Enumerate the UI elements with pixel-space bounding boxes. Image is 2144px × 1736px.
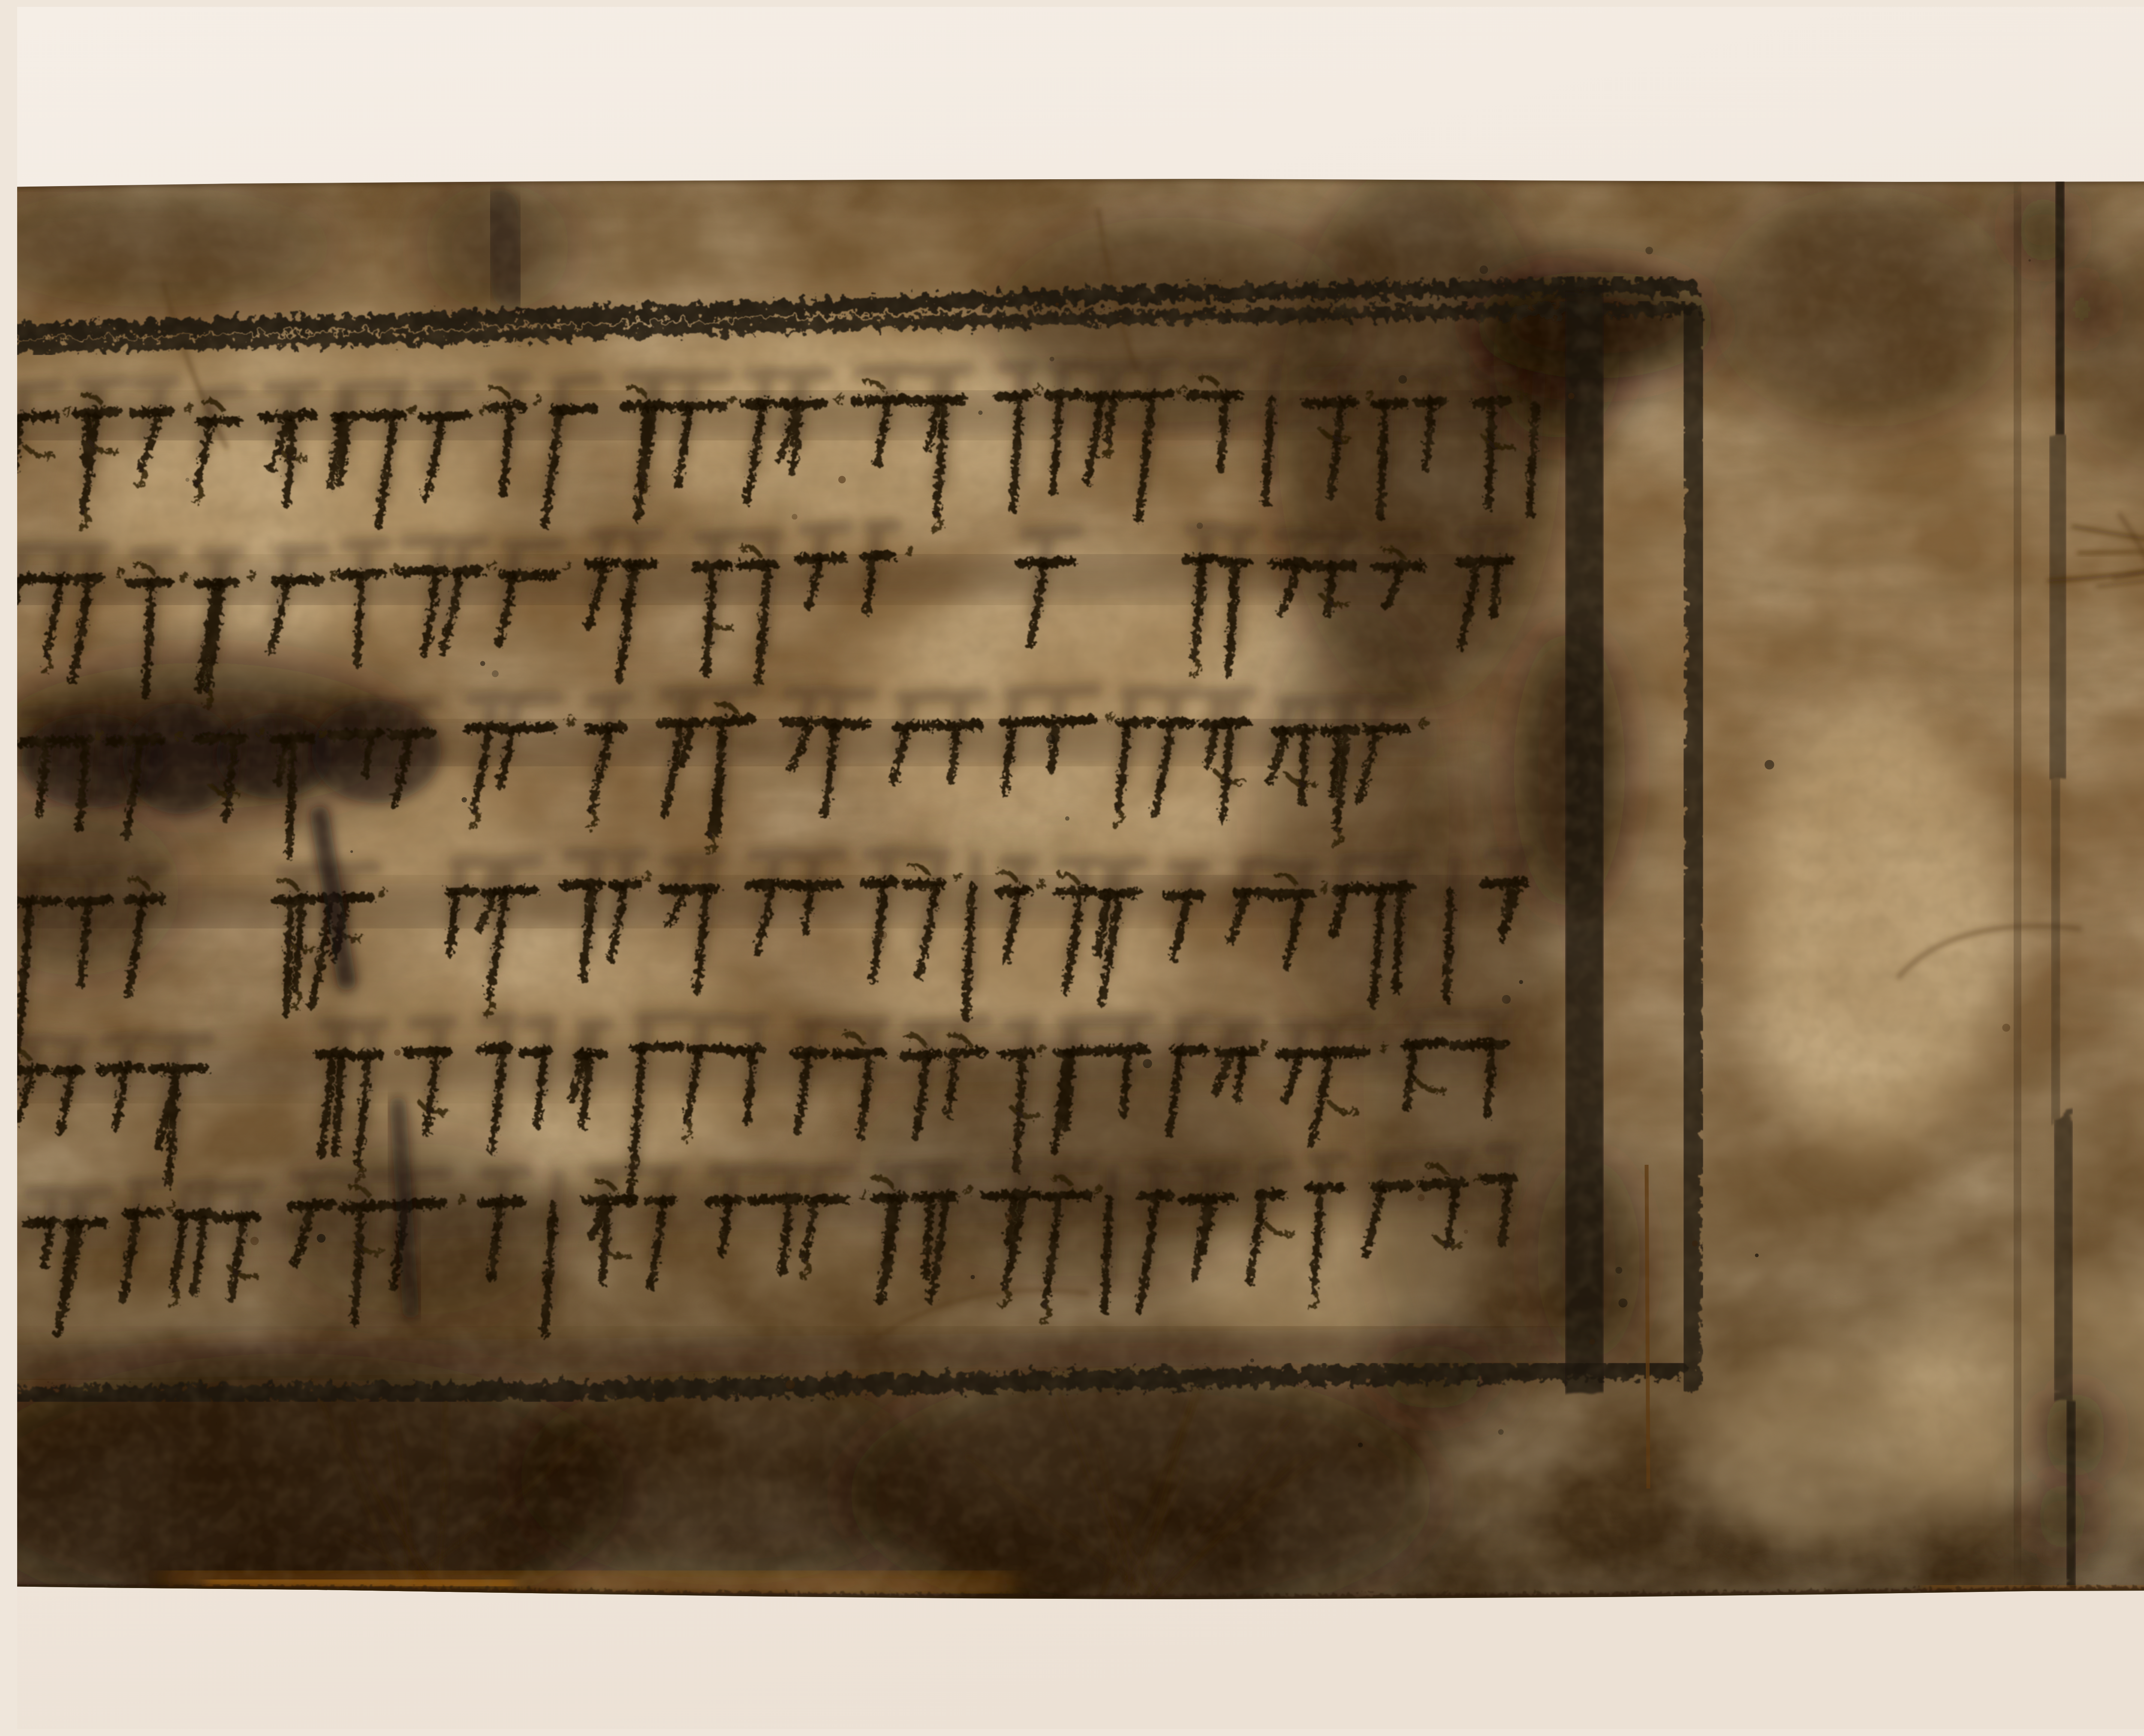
manuscript-folio <box>17 105 2144 1628</box>
manuscript-scene <box>17 7 2144 1729</box>
manuscript-photograph <box>17 7 2144 1729</box>
paper-grain-overlay <box>17 170 2144 1628</box>
